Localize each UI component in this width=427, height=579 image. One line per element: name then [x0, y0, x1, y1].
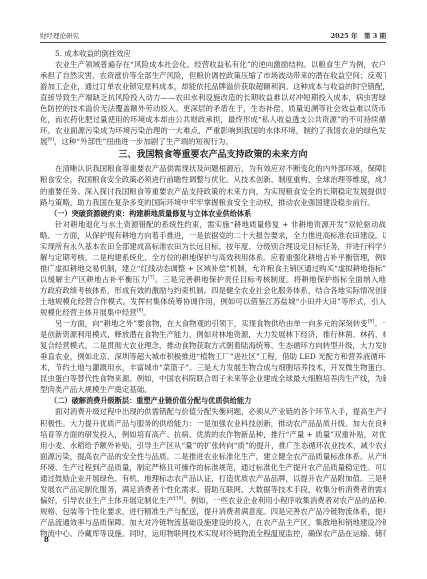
- issue-label: 2025 年 第 3 期: [331, 30, 386, 42]
- text-line: 面源污染，提高农产品的安全性与品质。二是推进农业标准化生产，建立健全农产品质量标…: [40, 451, 386, 462]
- section-title: 三、我国粮食等重要农产品支持政策的未来方向: [40, 148, 386, 162]
- text-line: 的重要任务。深入探讨我国粮食等重要农产品支持政策的未来方向，为实现粮食安全的长期…: [40, 186, 386, 197]
- text-line: 解与定期考核。二是构建系统化、全方位的耕地保护与高效利用体系。应着重强化耕地占补…: [40, 252, 386, 263]
- text-line: 直接导致生产端缺乏抗风险投入动力——农田水利设施改造的长期收益难以对冲短期投入成…: [40, 92, 386, 103]
- text-line: 在清晰认识我国粮食等重要农产品供需现状及问题根源后，为有效应对不断变化的内外部环…: [40, 163, 386, 174]
- text-line: 是创新资源利用模式，释放潜在食物生产能力，例如对林地资源，大力发展林下经济，推行…: [40, 329, 386, 340]
- section3-intro: 在清晰认识我国粮食等重要农产品供需现状及问题根源后，为有效应对不断变化的内外部环…: [40, 163, 386, 207]
- text-line: 培育等方面的研发投入，例如培育高产、抗病、优质的农作物新品种，推行“产量 + 质…: [40, 429, 386, 440]
- section5-paragraph: 农业生产领域普遍存在“风险成本社会化、经营收益私有化”的逆向激励结构。以粮食生产…: [40, 59, 386, 147]
- subsection-1-title: （一）突破资源硬约束：构建耕地质量修复与立体农业供给体系: [40, 208, 386, 219]
- text-line: 垂直农业，例如北京、深圳等超大城市积极推进“植物工厂”进社区”工程，借助 LED…: [40, 351, 386, 362]
- subsection-1-body: 针对耕地退化与水土资源错配的系统性约束，需实施“耕地质量修复 + 非耕地资源开发…: [40, 219, 386, 396]
- text-line: 昆虫蛋白等替代性食物来源。例如，中国农科院联合周子未来等企业建成全球最大细胞培养…: [40, 373, 386, 384]
- text-line: 粮食安全，我国粮食安全政策必须进行前瞻性调整与优化。从技术创新、制度重构、全球治…: [40, 174, 386, 185]
- text-line: 化，而农药化肥过量使用的环境成本却由公共财政承担，最终形成“私人收益透支公共资源…: [40, 114, 386, 125]
- text-line: 针对耕地退化与水土资源错配的系统性约束，需实施“耕地质量修复 + 非耕地资源开发…: [40, 219, 386, 230]
- text-line: 术，节约土地与灌溉用水，丰富城市“菜篮子”。三是大力发展生物合成与细胞培养技术，…: [40, 362, 386, 373]
- text-line: 型肉类产品大规模生产奠定基础。: [40, 384, 386, 395]
- text-line: 规格、包装等个性化要求，进行精准生产与配送，提升消费者满意度。四是完善农产品冷链…: [40, 506, 386, 517]
- article-body: 5. 成本收益的倒挂效应 农业生产领域普遍存在“风险成本社会化、经营收益私有化”…: [40, 48, 386, 539]
- text-line: 物流中心、冷藏库等设施。同时，运用物联网技术实现对冷链物流全程温度监控，确保农产…: [40, 528, 386, 539]
- citation-marker: [9]: [368, 320, 375, 325]
- text-line: 展[6]，这种“外部性”扭曲进一步加剧了生产端的短视行为。: [40, 136, 386, 147]
- subsection-5-heading: 5. 成本收益的倒挂效应: [40, 48, 386, 59]
- text-line: 游加工企业，通过订单农业锁定原料成本，却能依托品牌溢价获取超额利润。这种成本与收…: [40, 81, 386, 92]
- citation-marker: [6]: [47, 138, 54, 143]
- citation-marker: [7]: [148, 275, 155, 280]
- text-line: 色防控的技术溢价无法覆盖额外劳动投入。更深层的矛盾在于，生态补偿、质量追溯等社会…: [40, 103, 386, 114]
- running-head: 财经理论研究 2025 年 第 3 期: [40, 30, 386, 42]
- text-line: 推广虚拟耕地交易机制，建立“红线动态调整 + 区域补偿”机制，允许粮食主销区通过…: [40, 263, 386, 274]
- text-line: 路与策略，助力我国在复杂多变的国际环境中牢牢掌握粮食安全主动权，推动农业强国建设…: [40, 197, 386, 208]
- text-line: 略。一方面，从保护现有耕地方向着手推进，一是依据党的二十大报告要求，全力推进高标…: [40, 230, 386, 241]
- text-line: 规模化经营主体开展集中经营[8]。: [40, 307, 386, 318]
- text-line: 实现所有永久基本农田全部建成高标准农田为长远目标，按年度、分级别合理设定目标任务…: [40, 241, 386, 252]
- text-line: 承担了自然灾害、农资涨价等全部生产风险，但粮价调控政策压缩了市场波动带来的潜在收…: [40, 70, 386, 81]
- text-line: 产品流通效率与品质保障。加大对冷链物流基础设施建设的投入，在农产品主产区、集散地…: [40, 517, 386, 528]
- text-line: 面对消费升级过程中出现的供需错配与价值分配失衡问题，必须从产业链的各个环节入手，…: [40, 406, 386, 417]
- subsection-2-body: 面对消费升级过程中出现的供需错配与价值分配失衡问题，必须从产业链的各个环节入手，…: [40, 406, 386, 539]
- text-line: 农业生产领域普遍存在“风险成本社会化、经营收益私有化”的逆向激励结构。以粮食生产…: [40, 59, 386, 70]
- text-line: 用小麦、水稻给予额外补贴，引导主产区从“量”的扩张转向“质”的提升，推广生态循环…: [40, 440, 386, 451]
- citation-marker: [10]: [174, 496, 183, 501]
- citation-marker: [8]: [137, 309, 144, 314]
- text-line: 方政府政绩考核体系，形成有效的激励与约束机制。四是健全农业社会化服务体系，结合各…: [40, 285, 386, 296]
- text-line: 发展农产品定制化服务，满足消费者个性化需求。借助互联网、大数据等技术手段，收集分…: [40, 484, 386, 495]
- text-line: 通过鼓励企业开展绿色、有机、地理标志农产品认证，打造优质农产品品牌，以提升农产品…: [40, 473, 386, 484]
- text-line: 复合经营模式。二是贯彻大农业理念，推动食物获取方式朝着陆海统筹、生态循环方向转型…: [40, 340, 386, 351]
- header-divider: [40, 42, 386, 43]
- text-line: 偏好，引导农业生产主体开展定制化生产[10]。例如，一些农业企业利用小程序收集消…: [40, 495, 386, 506]
- text-line: 以缓解主产区耕地占补平衡压力[7]。三是完善耕地保护责任目标考核制度。将耕地保护…: [40, 274, 386, 285]
- text-line: 积极性。大力提升优质产品与服务的供给能力：一是加强农业科技创新，推动农产品品质升…: [40, 418, 386, 429]
- text-line: 土地规模化经营合作模式。发挥村集体统筹协调作用，例如可以借鉴江苏盐城“小田并大田…: [40, 296, 386, 307]
- page-number: 8: [44, 535, 49, 544]
- subsection-2-title: （二）破解消费升级断层：重塑产业链价值分配与优质供给能力: [40, 395, 386, 406]
- text-line: 环。农业面源污染成为环境污染治理的一大难点，严重影响到我国的水体环境，制约了我国…: [40, 125, 386, 136]
- text-line: 环境、生产过程到产品质量，制定严格且可操作的标准规范，通过标准化生产提升农产品质…: [40, 462, 386, 473]
- journal-name: 财经理论研究: [40, 30, 79, 42]
- text-line: 另一方面，向“耕地之外”要食物，在大食物观的引领下，实现食物供给由单一向多元的深…: [40, 318, 386, 329]
